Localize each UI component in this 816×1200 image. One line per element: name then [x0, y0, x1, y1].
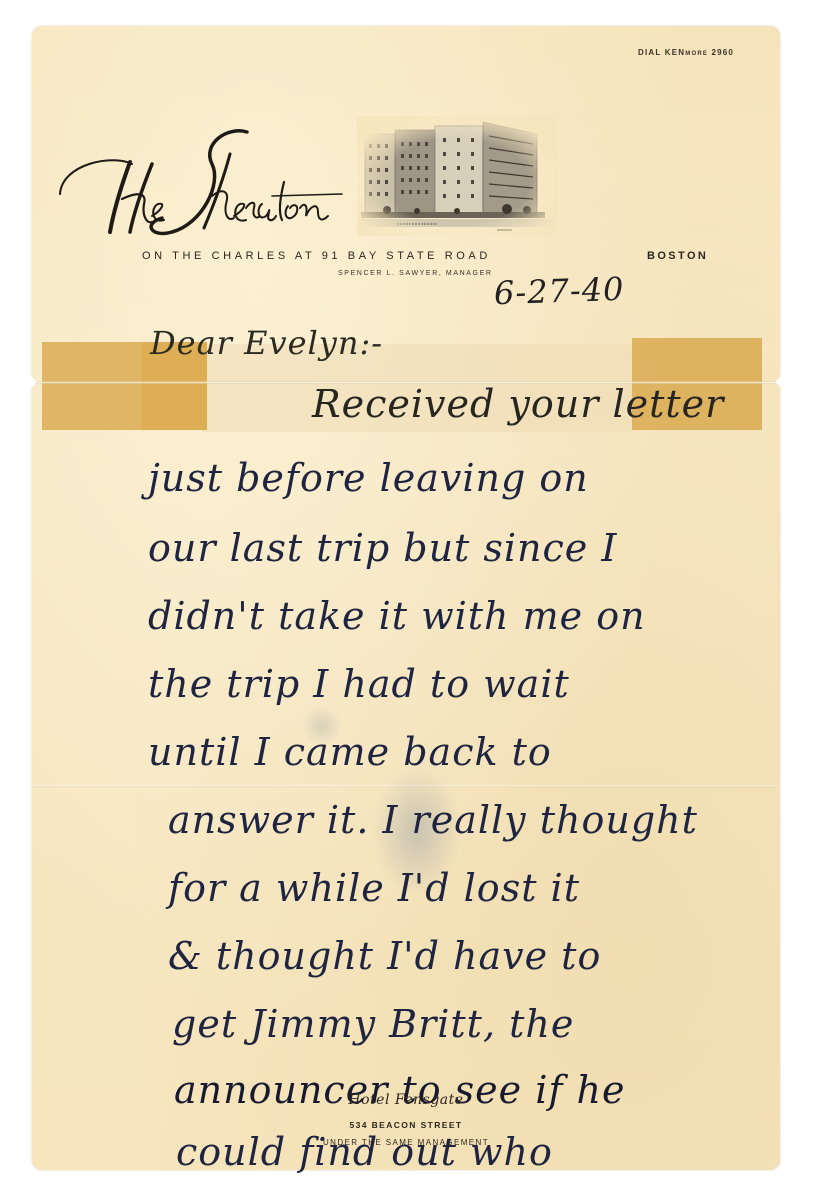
letter-line: answer it. I really thought — [168, 798, 698, 842]
fold-notch-left — [25, 376, 36, 387]
fold-notch-right — [775, 376, 786, 387]
letter-line: our last trip but since I — [148, 526, 617, 570]
hotel-manager: SPENCER L. SAWYER, MANAGER — [338, 270, 493, 277]
sheraton-script-icon — [52, 124, 352, 254]
letter-line: until I came back to — [148, 730, 552, 774]
footer-hotel-name: Hotel Fensgate — [32, 1092, 780, 1108]
letter-line: the trip I had to wait — [148, 662, 570, 706]
letter-line: get Jimmy Britt, the — [172, 1002, 574, 1046]
letter-line: for a while I'd lost it — [168, 866, 580, 910]
hotel-city: BOSTON — [647, 250, 708, 262]
letter-sheet: DIAL KENMORE 2960 — [32, 26, 780, 1170]
letter-line: didn't take it with me on — [148, 594, 646, 638]
phone-number: DIAL KENMORE 2960 — [638, 48, 734, 57]
letter-line: just before leaving on — [148, 456, 589, 500]
letter-line: Received your letter — [312, 382, 724, 426]
letter-line: could find out who — [176, 1130, 553, 1174]
hotel-address: ON THE CHARLES AT 91 BAY STATE ROAD — [142, 250, 491, 262]
letter-greeting: Dear Evelyn:- — [150, 324, 383, 362]
hotel-building-illustration — [357, 86, 557, 236]
sheraton-logo — [52, 124, 352, 254]
footer-management-note: UNDER THE SAME MANAGEMENT — [32, 1138, 780, 1147]
letter-line: & thought I'd have to — [168, 934, 601, 978]
footer-street: 534 BEACON STREET — [32, 1120, 780, 1130]
letter-date: 6-27-40 — [493, 270, 625, 313]
